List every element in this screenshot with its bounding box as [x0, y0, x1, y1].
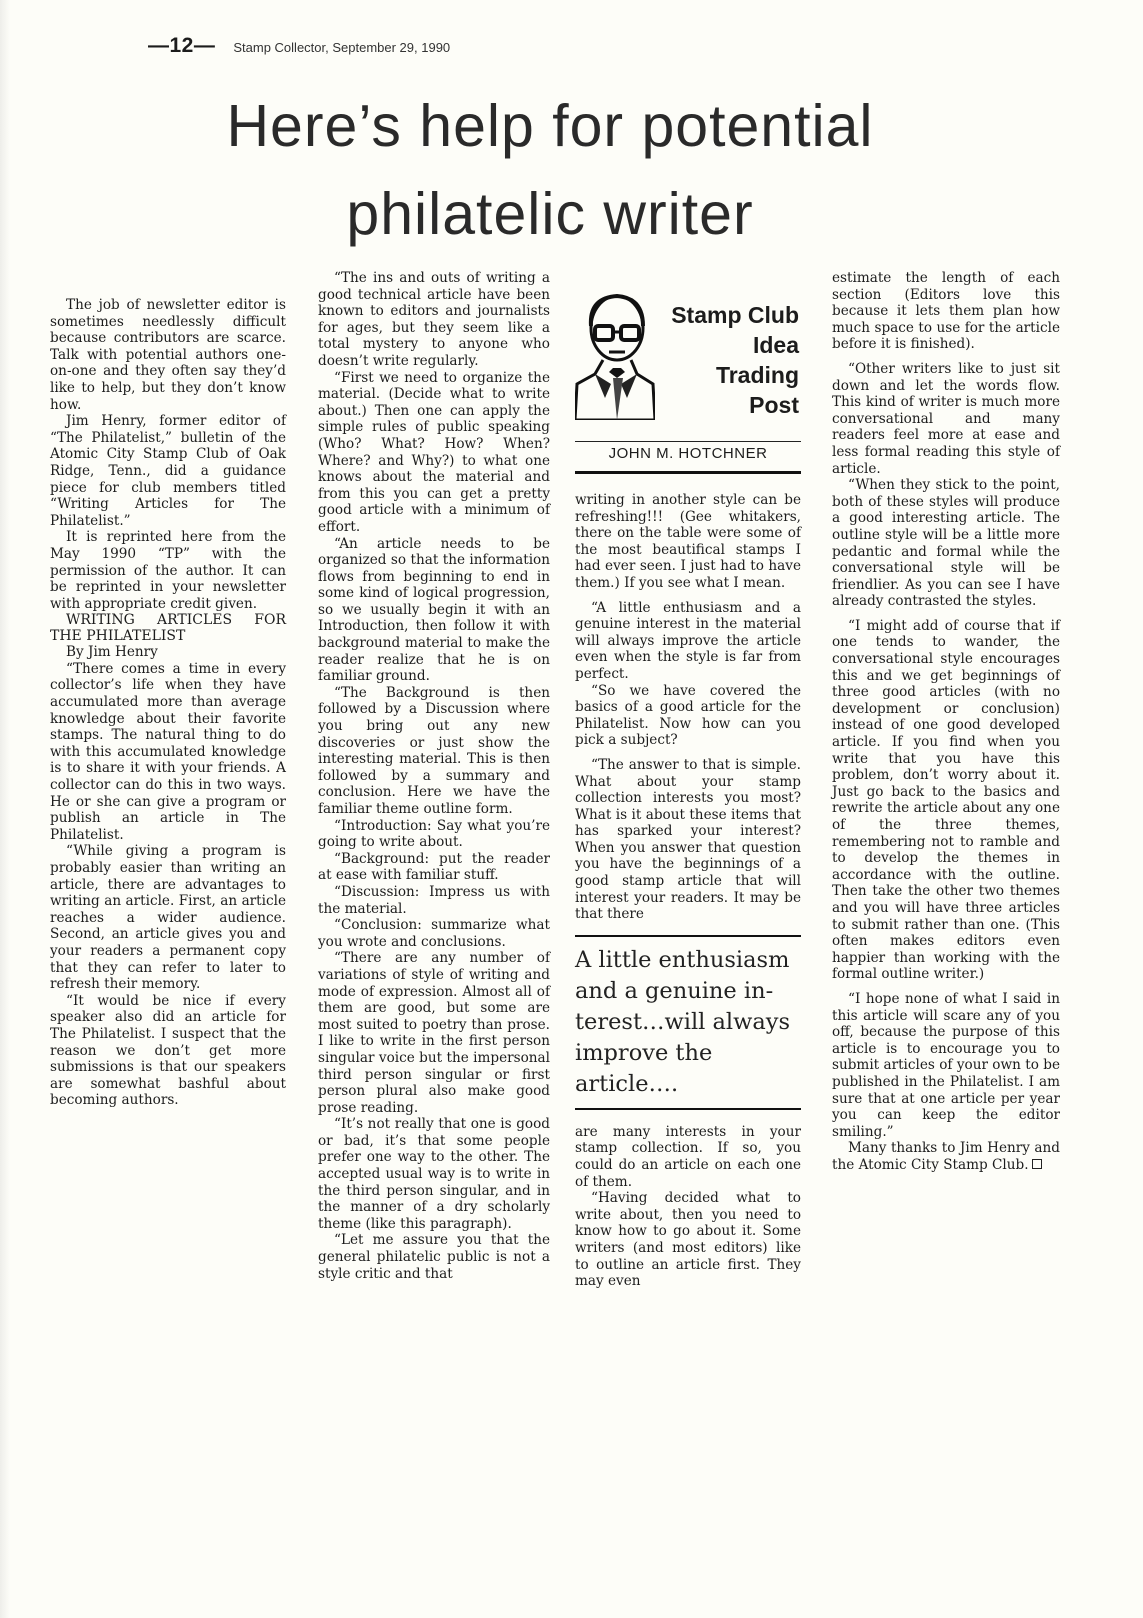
paragraph: “Discussion: Impress us with the materia… [318, 884, 550, 917]
paragraph: “I hope none of what I said in this arti… [832, 991, 1060, 1140]
divider [575, 441, 801, 442]
headline-line-2: philatelic writer [346, 181, 753, 247]
publication-dateline: Stamp Collector, September 29, 1990 [233, 40, 450, 55]
paragraph: “First we need to organize the material.… [318, 370, 550, 536]
pull-quote: A little enthusiasm and a genuine in- te… [575, 937, 801, 1108]
paragraph: “Let me assure you that the general phil… [318, 1232, 550, 1282]
paragraph: estimate the length of each section (Edi… [832, 270, 1060, 353]
paragraph: “I might add of course that if one tends… [832, 618, 1060, 983]
paragraph: “While giving a program is probably easi… [50, 843, 286, 992]
columnist-name: JOHN M. HOTCHNER [575, 446, 801, 463]
portrait-icon [575, 288, 655, 420]
paragraph: It is reprinted here from the May 1990 “… [50, 529, 286, 612]
paragraph: “The answer to that is simple. What abou… [575, 757, 801, 923]
article-headline: Here’s help for potential philatelic wri… [100, 82, 1000, 258]
logo-title-line: Stamp Club [671, 300, 799, 330]
paragraph: are many interests in your stamp collect… [575, 1124, 801, 1190]
column-logo-title: Stamp Club Idea Trading Post [671, 300, 799, 420]
subheading: WRITING ARTICLES FOR THE PHILATELIST [50, 612, 286, 644]
paragraph: “So we have covered the basics of a good… [575, 683, 801, 749]
paragraph: “It’s not really that one is good or bad… [318, 1116, 550, 1232]
paragraph: “An article needs to be organized so tha… [318, 536, 550, 685]
paragraph: “The Background is then followed by a Di… [318, 685, 550, 818]
scan-edge-shadow [0, 0, 10, 1618]
article-column-2: “The ins and outs of writing a good tech… [318, 270, 550, 1282]
article-column-4: estimate the length of each section (Edi… [832, 270, 1060, 1173]
divider [575, 1108, 801, 1110]
paragraph: “The ins and outs of writing a good tech… [318, 270, 550, 370]
paragraph: “There are any number of variations of s… [318, 950, 550, 1116]
paragraph: “Conclusion: summarize what you wrote an… [318, 917, 550, 950]
page-folio: —12— Stamp Collector, September 29, 1990 [148, 34, 450, 58]
paragraph: “It would be nice if every speaker also … [50, 993, 286, 1109]
logo-title-line: Trading [671, 360, 799, 390]
byline: By Jim Henry [50, 644, 286, 661]
page-number: —12— [148, 34, 215, 58]
paragraph: “Background: put the reader at ease with… [318, 851, 550, 884]
paragraph: “Other writers like to just sit down and… [832, 361, 1060, 477]
closing-paragraph: Many thanks to Jim Henry and the Atomic … [832, 1140, 1060, 1173]
paragraph: Jim Henry, former editor of “The Philate… [50, 413, 286, 529]
column-logo: Stamp Club Idea Trading Post JOHN M. HOT… [575, 270, 801, 492]
logo-title-line: Idea [671, 330, 799, 360]
paragraph: “Introduction: Say what you’re going to … [318, 818, 550, 851]
article-column-3: Stamp Club Idea Trading Post JOHN M. HOT… [575, 270, 801, 1290]
paragraph: “When they stick to the point, both of t… [832, 477, 1060, 610]
end-mark-icon [1032, 1159, 1042, 1169]
paragraph-text: Many thanks to Jim Henry and the Atomic … [832, 1140, 1060, 1173]
logo-title-line: Post [671, 390, 799, 420]
paragraph: “A little enthusiasm and a genuine inter… [575, 600, 801, 683]
article-column-1: The job of newsletter editor is sometime… [50, 297, 286, 1109]
pull-quote-box: A little enthusiasm and a genuine in- te… [575, 935, 801, 1110]
paragraph: “Having decided what to write about, the… [575, 1190, 801, 1290]
headline-line-1: Here’s help for potential [226, 93, 873, 159]
paragraph: “There comes a time in every collector’s… [50, 661, 286, 844]
paragraph: writing in another style can be refreshi… [575, 492, 801, 592]
divider [575, 471, 801, 474]
paragraph: The job of newsletter editor is sometime… [50, 297, 286, 413]
